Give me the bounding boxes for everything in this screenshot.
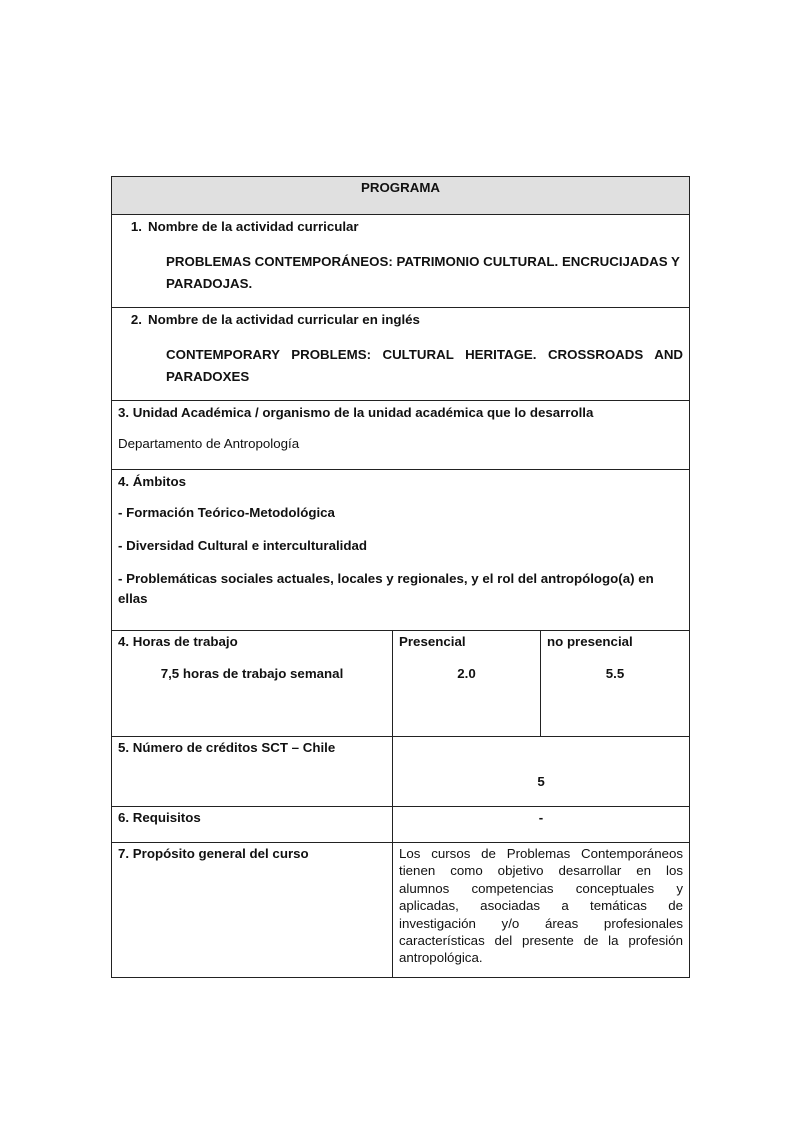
requisitos-value-cell: - [393,807,690,843]
horas-total: 7,5 horas de trabajo semanal [118,666,386,681]
proposito-label: 7. Propósito general del curso [118,846,386,861]
requisitos-value: - [399,810,683,825]
section-1-number: 1. [118,216,142,237]
creditos-value: 5 [399,774,683,789]
section-2-number: 2. [118,309,142,330]
program-table: PROGRAMA 1. Nombre de la actividad curri… [111,176,690,978]
proposito-line: investigación y/o áreas profesionales [399,915,683,932]
section-3: 3. Unidad Académica / organismo de la un… [112,401,690,470]
header-title: PROGRAMA [361,180,440,195]
section-3-value: Departamento de Antropología [118,436,683,451]
document-page: PROGRAMA 1. Nombre de la actividad curri… [0,0,800,1132]
section-2-value-line: CONTEMPORARY PROBLEMS: CULTURAL HERITAGE… [166,344,683,366]
section-1-label: Nombre de la actividad curricular [148,219,359,234]
proposito-line: aplicadas, asociadas a temáticas de [399,897,683,914]
proposito-line: Los cursos de Problemas Contemporáneos [399,845,683,862]
proposito-label-cell: 7. Propósito general del curso [112,843,393,978]
section-3-label: 3. Unidad Académica / organismo de la un… [118,402,683,423]
horas-label-cell: 4. Horas de trabajo 7,5 horas de trabajo… [112,631,393,737]
creditos-label-cell: 5. Número de créditos SCT – Chile [112,737,393,807]
ambito-item: ellas [118,591,683,606]
proposito-line: alumnos competencias conceptuales y [399,880,683,897]
section-2-value-line: PARADOXES [166,366,683,388]
presencial-cell: Presencial 2.0 [393,631,541,737]
no-presencial-cell: no presencial 5.5 [541,631,690,737]
ambito-item: - Diversidad Cultural e interculturalida… [118,538,683,553]
horas-label: 4. Horas de trabajo [118,634,386,649]
creditos-value-cell: 5 [393,737,690,807]
section-2-value: CONTEMPORARY PROBLEMS: CULTURAL HERITAGE… [118,344,683,388]
section-1-value-line: PROBLEMAS CONTEMPORÁNEOS: PATRIMONIO CUL… [166,251,683,273]
proposito-line: características del presente de la profe… [399,932,683,949]
presencial-value: 2.0 [399,666,534,681]
proposito-line: tienen como objetivo desarrollar en los [399,862,683,879]
section-2-label: Nombre de la actividad curricular en ing… [148,312,420,327]
section-ambitos: 4. Ámbitos - Formación Teórico-Metodológ… [112,470,690,631]
no-presencial-value: 5.5 [547,666,683,681]
no-presencial-label: no presencial [547,634,683,649]
ambito-item: - Problemáticas sociales actuales, local… [118,571,683,586]
requisitos-label-cell: 6. Requisitos [112,807,393,843]
section-1-value-line: PARADOJAS. [166,273,683,295]
ambitos-label: 4. Ámbitos [118,471,683,492]
table-header: PROGRAMA [112,177,690,215]
section-2: 2. Nombre de la actividad curricular en … [112,308,690,401]
section-1-value: PROBLEMAS CONTEMPORÁNEOS: PATRIMONIO CUL… [118,251,683,295]
section-1: 1. Nombre de la actividad curricular PRO… [112,215,690,308]
presencial-label: Presencial [399,634,534,649]
proposito-text: Los cursos de Problemas Contemporáneos t… [393,843,690,978]
ambito-item: - Formación Teórico-Metodológica [118,505,683,520]
proposito-line: antropológica. [399,949,683,966]
creditos-label: 5. Número de créditos SCT – Chile [118,740,386,755]
requisitos-label: 6. Requisitos [118,810,386,825]
